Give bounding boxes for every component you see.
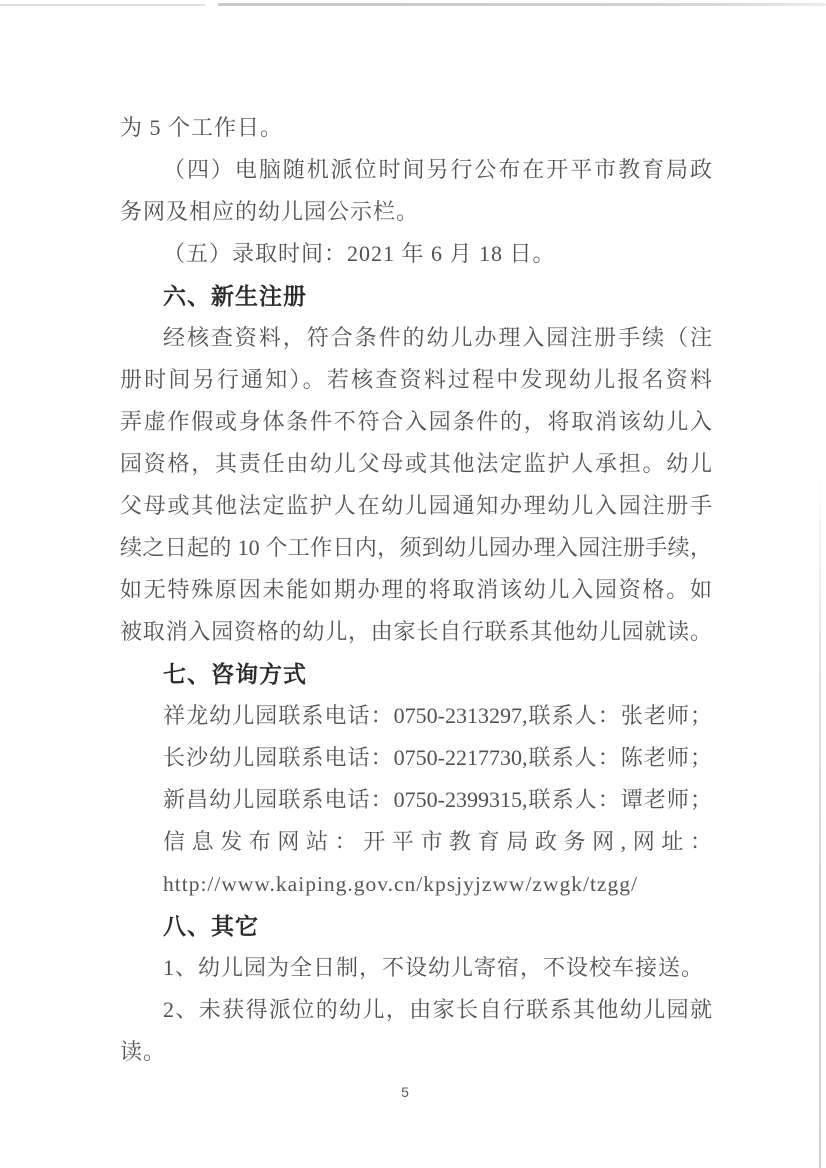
- body-line: 册时间另行通知）。若核查资料过程中发现幼儿报名资料: [120, 359, 712, 401]
- body-line-item-1: 1、幼儿园为全日制，不设幼儿寄宿，不设校车接送。: [120, 947, 712, 989]
- body-line: 园资格，其责任由幼儿父母或其他法定监护人承担。幼儿: [120, 443, 712, 485]
- section-heading-7: 七、咨询方式: [120, 653, 712, 695]
- info-website-line: 信息发布网站：开平市教育局政务网,网址：: [120, 821, 712, 863]
- contact-line-xinchang: 新昌幼儿园联系电话：0750-2399315,联系人：谭老师；: [120, 779, 712, 821]
- body-line: 读。: [120, 1031, 712, 1073]
- body-line: 务网及相应的幼儿园公示栏。: [120, 191, 712, 233]
- body-line: 经核查资料，符合条件的幼儿办理入园注册手续（注: [120, 317, 712, 359]
- body-line-item-4: （四）电脑随机派位时间另行公布在开平市教育局政: [120, 149, 712, 191]
- body-line: 弄虚作假或身体条件不符合入园条件的，将取消该幼儿入: [120, 401, 712, 443]
- section-heading-6: 六、新生注册: [120, 275, 712, 317]
- url-line: http://www.kaiping.gov.cn/kpsjyjzww/zwgk…: [120, 863, 712, 905]
- body-line: 为 5 个工作日。: [120, 107, 712, 149]
- section-heading-8: 八、其它: [120, 905, 712, 947]
- document-page: 为 5 个工作日。 （四）电脑随机派位时间另行公布在开平市教育局政 务网及相应的…: [120, 107, 712, 1073]
- scan-edge-top-left: [0, 4, 205, 6]
- body-line: 父母或其他法定监护人在幼儿园通知办理幼儿入园注册手: [120, 485, 712, 527]
- contact-line-xianglong: 祥龙幼儿园联系电话：0750-2313297,联系人：张老师；: [120, 695, 712, 737]
- body-line: 续之日起的 10 个工作日内，须到幼儿园办理入园注册手续，: [120, 527, 712, 569]
- body-line: 如无特殊原因未能如期办理的将取消该幼儿入园资格。如: [120, 569, 712, 611]
- body-line: 被取消入园资格的幼儿，由家长自行联系其他幼儿园就读。: [120, 611, 712, 653]
- scan-edge-right: [819, 470, 821, 1168]
- contact-line-changsha: 长沙幼儿园联系电话：0750-2217730,联系人：陈老师；: [120, 737, 712, 779]
- body-line-item-5: （五）录取时间：2021 年 6 月 18 日。: [120, 233, 712, 275]
- page-number: 5: [0, 1084, 810, 1100]
- body-line-item-2: 2、未获得派位的幼儿，由家长自行联系其他幼儿园就: [120, 989, 712, 1031]
- scan-edge-top-right: [218, 3, 826, 6]
